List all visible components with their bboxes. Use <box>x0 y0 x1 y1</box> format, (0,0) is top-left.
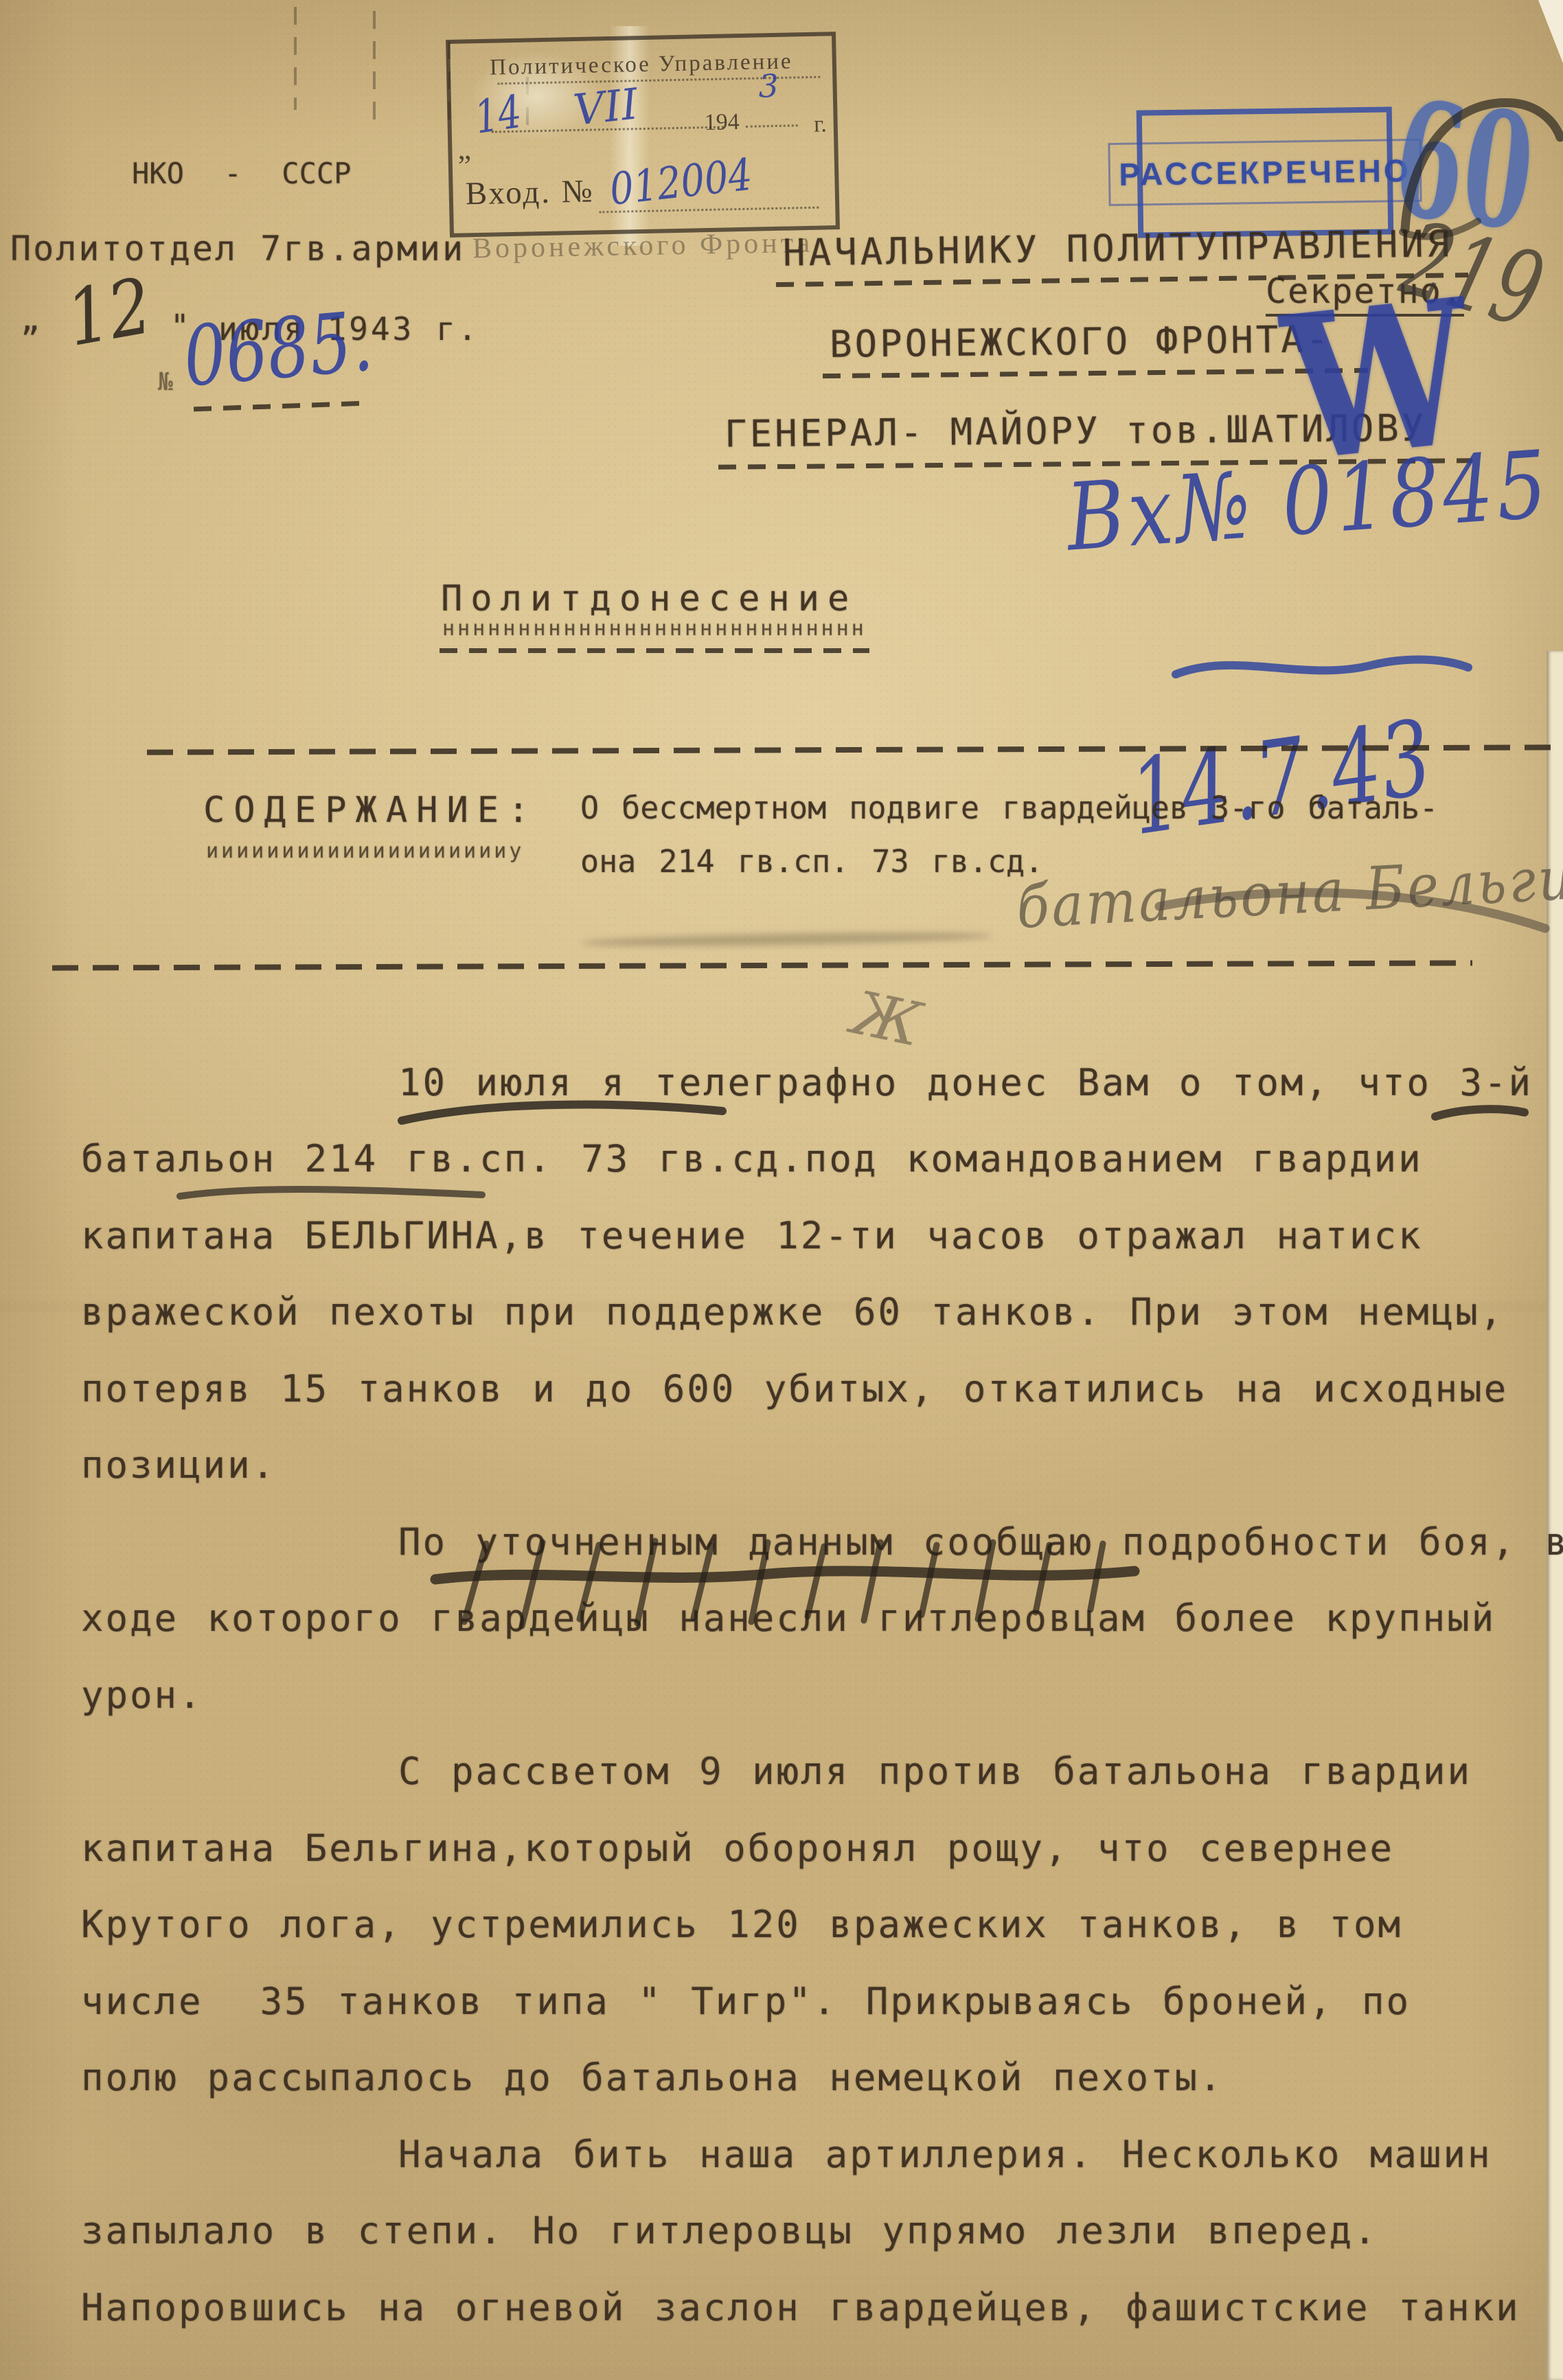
entry-stamp: Политическое Управление 14 VII 3 „ 194 г… <box>446 32 840 238</box>
scan-corner-notch <box>1538 0 1563 63</box>
stamp-dotted-line <box>746 124 798 128</box>
stray-mark <box>294 7 297 110</box>
title-underline-row: нннннннннннннннннннннннннннн <box>442 617 867 641</box>
page-title: Политдонесение <box>441 578 857 619</box>
subject-label: СОДЕРЖАНИЕ: <box>203 790 538 831</box>
entry-stamp-year-digit-handwritten: 3 <box>758 67 779 105</box>
org-line: НКО - СССР <box>132 157 351 190</box>
document-scan: { "colors": { "paper": "#d8c190", "typew… <box>0 0 1563 2380</box>
pencil-underline-10-july <box>402 1105 722 1121</box>
body-line: потеряв 15 танков и до 600 убитых, откат… <box>81 1367 1508 1410</box>
body-line: С рассветом 9 июля против батальона гвар… <box>398 1750 1472 1793</box>
date-open-quote: „ <box>21 301 40 338</box>
entry-stamp-open-quote: „ <box>457 131 472 166</box>
body-line: полю рассыпалось до батальона немецкой п… <box>81 2056 1224 2099</box>
doc-number-sign: № <box>158 368 173 396</box>
pencil-underline-3rd <box>1435 1109 1525 1117</box>
body-line: урон. <box>81 1673 203 1717</box>
date-day-handwritten: 12 <box>60 262 158 364</box>
body-line: батальон 214 гв.сп. 73 гв.сд.под командо… <box>81 1137 1423 1180</box>
pencil-strike-line <box>435 1571 1134 1579</box>
body-line: По уточненным данным сообщаю подробности… <box>398 1520 1563 1564</box>
stray-mark <box>373 11 376 129</box>
received-date-handwritten: 14.7.43 <box>1123 698 1439 859</box>
pencil-underline-214 <box>180 1189 482 1196</box>
pencil-smear <box>580 930 992 948</box>
address-line-2: ВОРОНЕЖСКОГО ФРОНТА- <box>830 317 1332 366</box>
body-line: Начала бить наша артиллерия. Несколько м… <box>398 2133 1492 2176</box>
separator-dashed-line <box>52 960 1472 970</box>
subject-line-1: О бессмертном подвиге гвардейцев 3-го ба… <box>580 790 1438 826</box>
declassified-stamp: РАССЕКРЕЧЕНО <box>1137 106 1394 238</box>
body-line: капитана БЕЛЬГИНА,в течение 12-ти часов … <box>81 1214 1423 1257</box>
declassified-stamp-text: РАССЕКРЕЧЕНО <box>1108 139 1422 206</box>
title-underline-dash <box>440 648 869 653</box>
body-line: вражеской пехоты при поддержке 60 танков… <box>81 1290 1504 1334</box>
department-line: Политотдел 7гв.армии <box>10 229 465 268</box>
entry-stamp-year-suffix: г. <box>814 111 827 137</box>
entry-stamp-incoming-label: Вход. № <box>465 172 595 212</box>
body-line: ходе которого гвардейцы нанесли гитлеров… <box>81 1597 1496 1640</box>
body-line: 10 июля я телеграфно донес Вам о том, чт… <box>398 1061 1533 1104</box>
entry-stamp-org-line2: Воронежского Фронта <box>472 227 814 266</box>
body-line: Напоровшись на огневой заслон гвардейцев… <box>81 2286 1520 2329</box>
body-line: капитана Бельгина,который оборонял рощу,… <box>81 1827 1394 1870</box>
entry-stamp-day-handwritten: 14 <box>472 85 525 144</box>
subject-line-2: она 214 гв.сп. 73 гв.сд. <box>580 843 1043 880</box>
subject-label-underline-row: ииииииииииииииииииииу <box>206 839 524 863</box>
pencil-zh-mark: Ж <box>846 977 927 1060</box>
body-line: позиции. <box>81 1443 276 1487</box>
body-line: числе 35 танков типа " Тигр". Прикрываяс… <box>81 1980 1411 2023</box>
entry-stamp-number-handwritten: 012004 <box>607 150 754 216</box>
entry-stamp-month-handwritten: VII <box>571 78 640 135</box>
subject-pencil-note: батальона Бельгина <box>1015 840 1563 942</box>
body-line: Крутого лога, устремились 120 вражеских … <box>81 1903 1402 1946</box>
entry-stamp-year-label: 194 <box>704 109 740 136</box>
doc-number-handwritten: 0685. <box>180 294 376 405</box>
ink-wavy-underline <box>1176 659 1468 674</box>
body-line: запылало в степи. Но гитлеровцы упрямо л… <box>81 2209 1378 2252</box>
